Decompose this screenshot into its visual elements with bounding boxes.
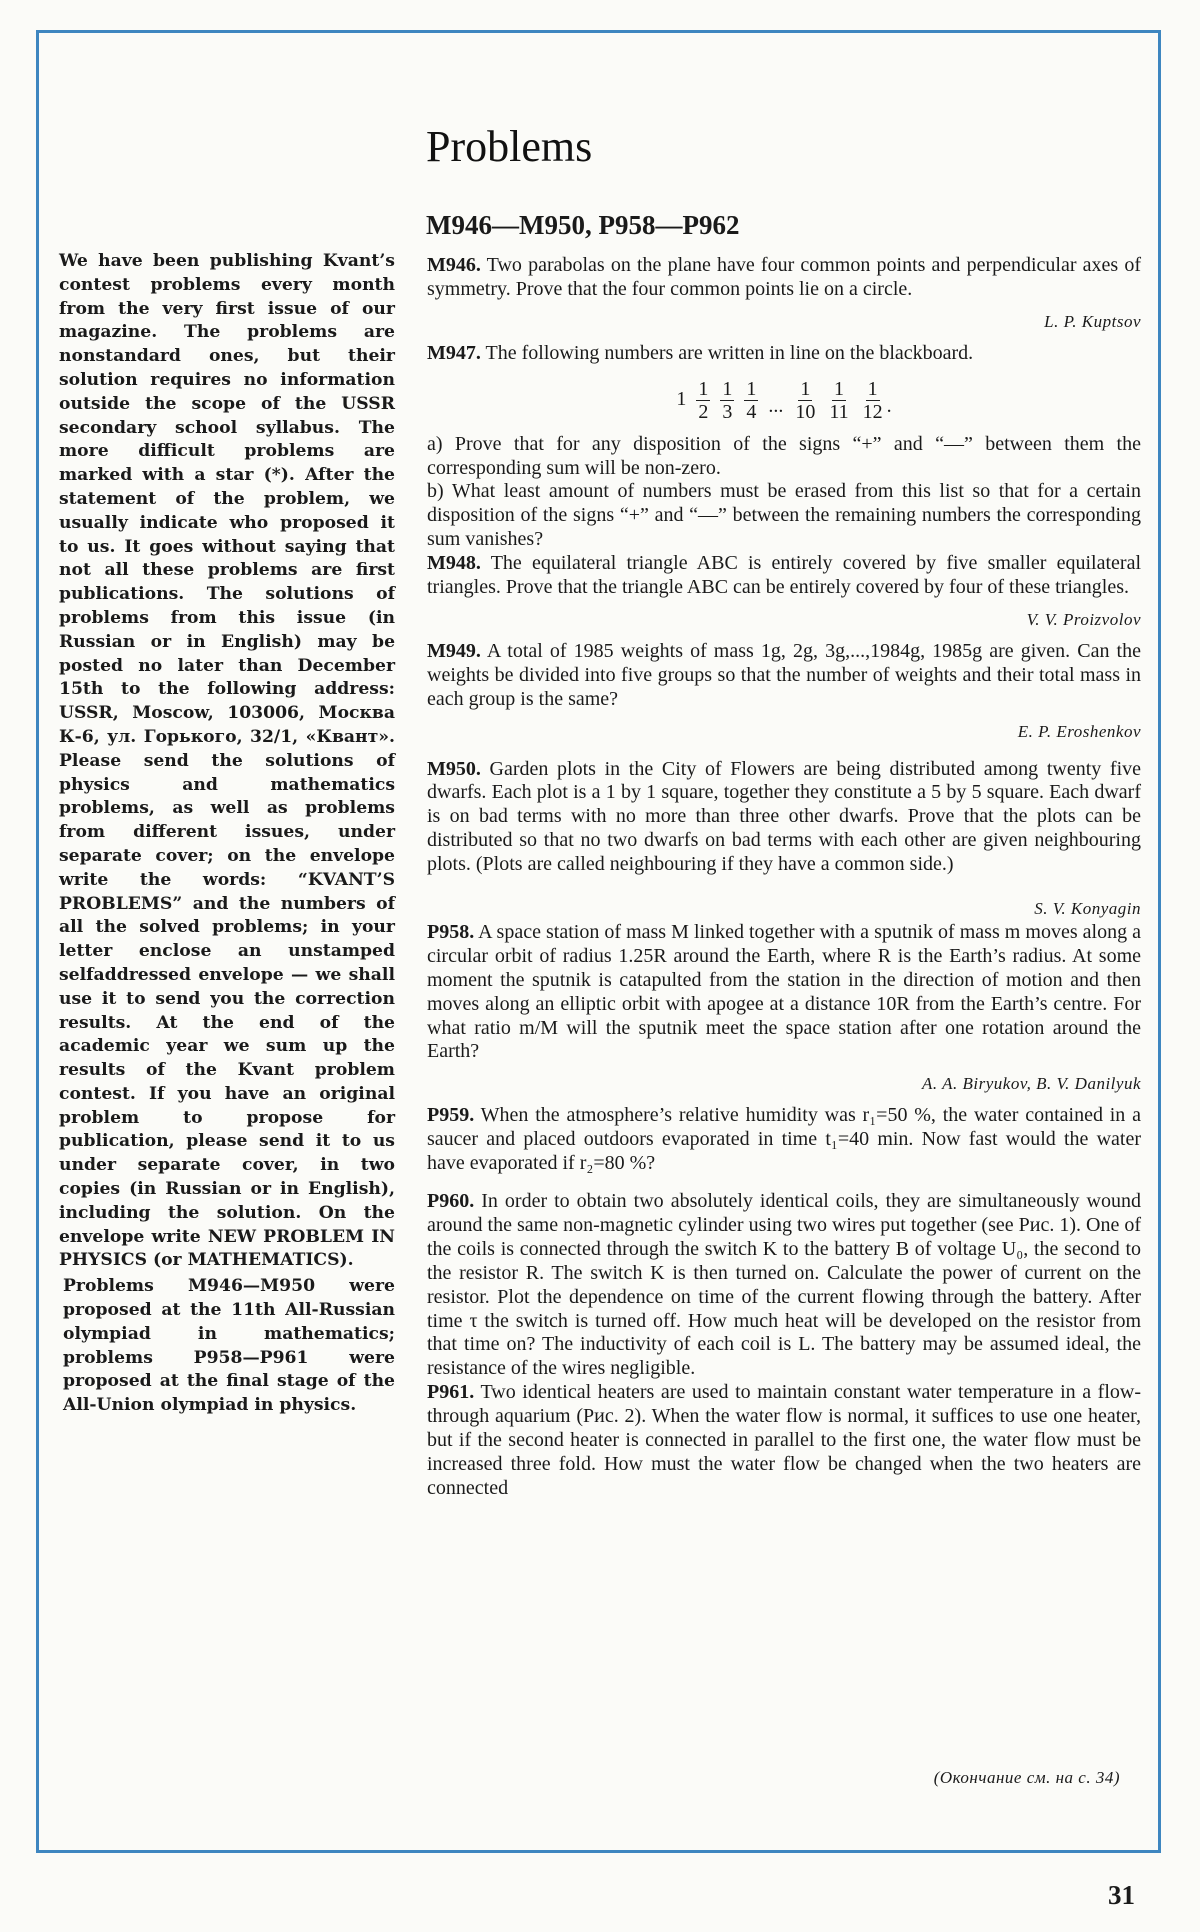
problem-id: M947.	[427, 342, 481, 364]
problem-text: The following numbers are written in lin…	[486, 342, 974, 364]
problem-author: L. P. Kuptsov	[427, 310, 1141, 334]
problem-m946: M946. Two parabolas on the plane have fo…	[427, 254, 1141, 334]
intro-column: We have been publishing Kvant’s contest …	[59, 250, 395, 1418]
problem-id: M949.	[427, 640, 481, 662]
fraction-sequence: 1 12 13 14 ... 110 111 112 .	[427, 378, 1141, 423]
problem-text: Two parabolas on the plane have four com…	[427, 254, 1141, 300]
problem-p961: P961. Two identical heaters are used to …	[427, 1381, 1141, 1501]
problem-m949: M949. A total of 1985 weights of mass 1g…	[427, 640, 1141, 744]
problem-text: Two identical heaters are used to mainta…	[427, 1381, 1141, 1499]
problem-author: S. V. Konyagin	[427, 897, 1141, 921]
continuation-note: (Окончание см. на с. 34)	[934, 1768, 1120, 1788]
problem-author: A. A. Biryukov, B. V. Danilyuk	[427, 1072, 1141, 1096]
problem-id: P959.	[427, 1104, 474, 1126]
problem-text: In order to obtain two absolutely identi…	[427, 1190, 1141, 1379]
problem-id: P961.	[427, 1381, 474, 1403]
problem-text: Garden plots in the City of Flowers are …	[427, 758, 1141, 876]
formula-end: .	[887, 395, 892, 419]
problem-author: V. V. Proizvolov	[427, 608, 1141, 632]
problem-part-b: b) What least amount of numbers must be …	[427, 480, 1141, 552]
formula-lead: 1	[676, 388, 686, 412]
problems-column: M946. Two parabolas on the plane have fo…	[427, 254, 1141, 1501]
problem-p960: P960. In order to obtain two absolutely …	[427, 1190, 1141, 1381]
problem-id: P958.	[427, 921, 474, 943]
olympiad-note: Problems M946—M950 were proposed at the …	[59, 1275, 395, 1418]
formula-ellipsis: ...	[768, 395, 783, 419]
fraction: 14	[744, 378, 758, 423]
problem-text: The equilateral triangle ABC is entirely…	[427, 552, 1141, 598]
problem-m947: M947. The following numbers are written …	[427, 342, 1141, 552]
intro-paragraph: We have been publishing Kvant’s contest …	[59, 250, 395, 1273]
problem-id: P960.	[427, 1190, 474, 1212]
problem-text: When the atmosphere’s relative humidity …	[427, 1104, 1141, 1174]
problem-p958: P958. A space station of mass M linked t…	[427, 921, 1141, 1096]
problem-text: A space station of mass M linked togethe…	[427, 921, 1141, 1063]
problem-id: M946.	[427, 254, 481, 276]
problem-author: E. P. Eroshenkov	[427, 720, 1141, 744]
fraction: 12	[696, 378, 710, 423]
page-title: Problems	[426, 121, 592, 172]
problem-text: A total of 1985 weights of mass 1g, 2g, …	[427, 640, 1141, 710]
fraction: 112	[861, 378, 885, 423]
problem-id: M948.	[427, 552, 481, 574]
fraction: 110	[793, 378, 817, 423]
fraction: 111	[827, 378, 850, 423]
page-number: 31	[1108, 1880, 1135, 1911]
problem-p959: P959. When the atmosphere’s relative hum…	[427, 1104, 1141, 1176]
section-heading: M946—M950, P958—P962	[426, 210, 739, 241]
problem-m950: M950. Garden plots in the City of Flower…	[427, 758, 1141, 921]
problem-id: M950.	[427, 758, 481, 780]
fraction: 13	[720, 378, 734, 423]
problem-m948: M948. The equilateral triangle ABC is en…	[427, 552, 1141, 632]
problem-part-a: a) Prove that for any disposition of the…	[427, 433, 1141, 481]
